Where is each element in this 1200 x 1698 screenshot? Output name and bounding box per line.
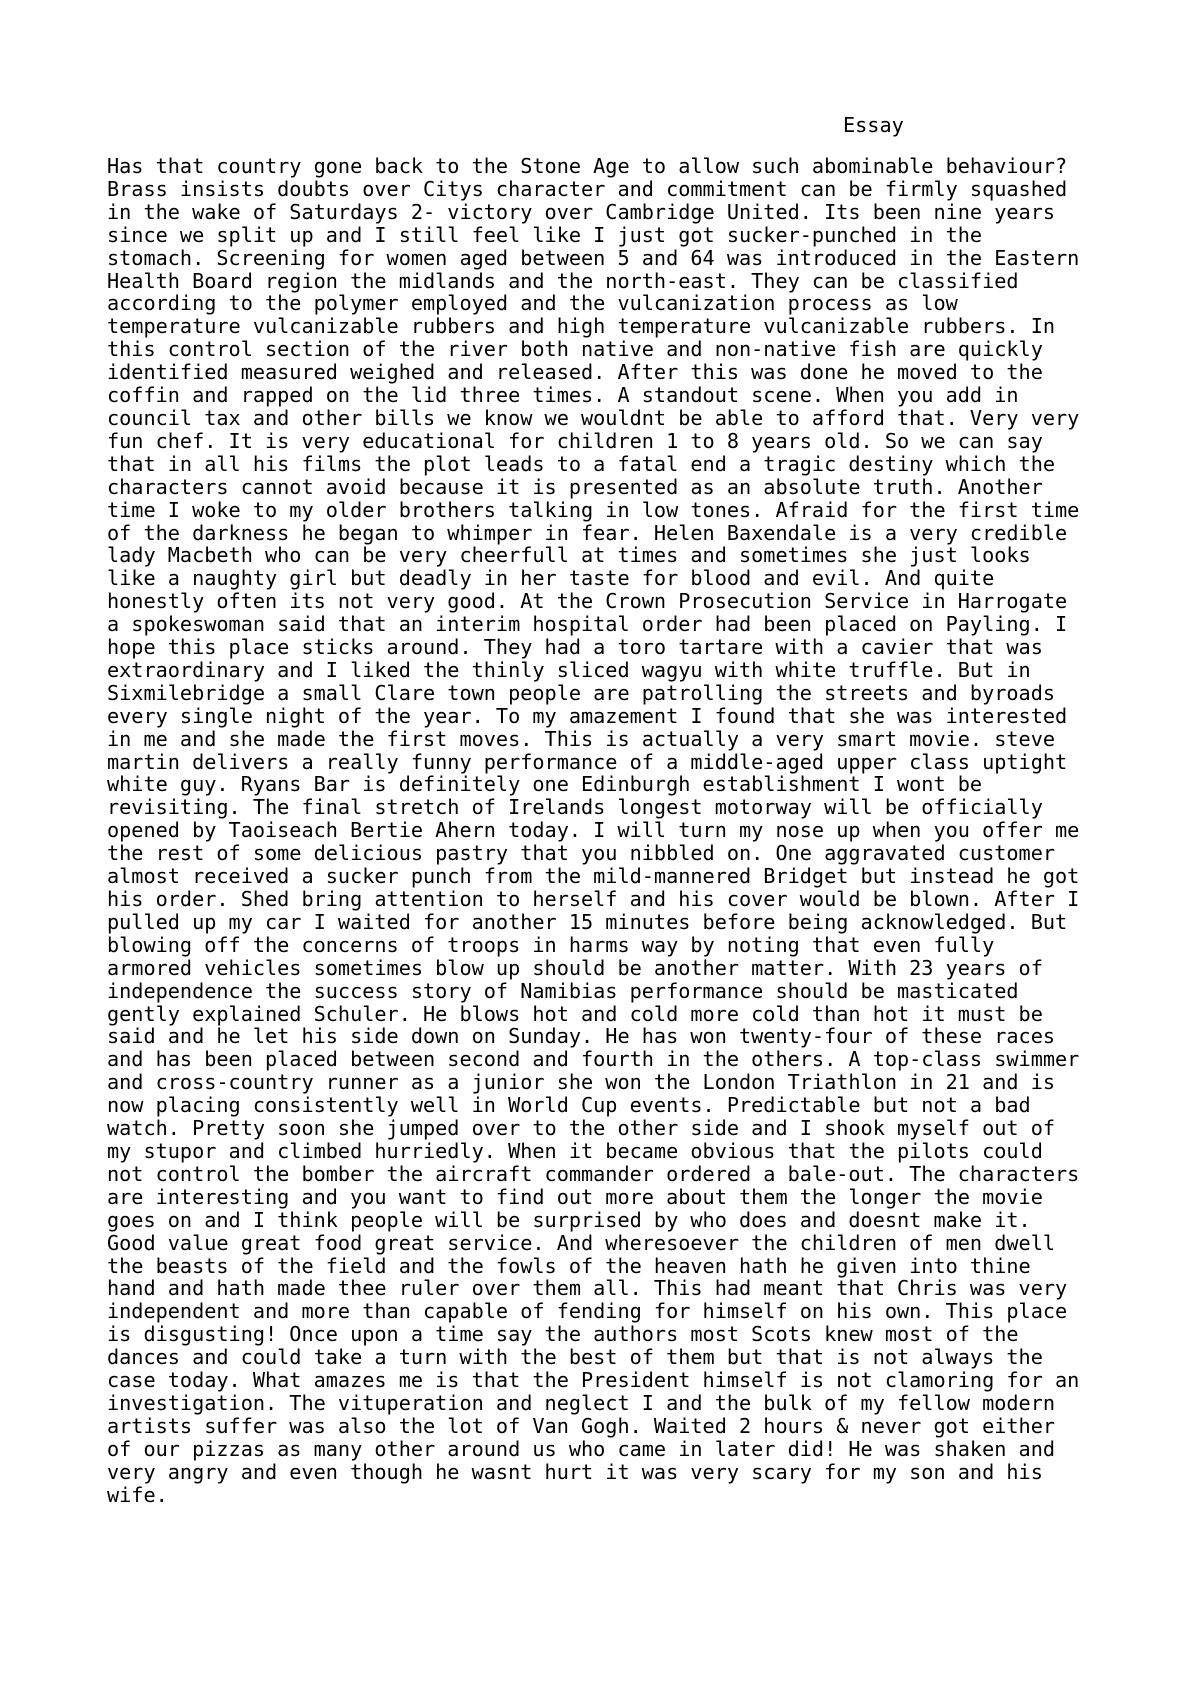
essay-body-text: Has that country gone back to the Stone … [107, 155, 1079, 1506]
document-page: Essay Has that country gone back to the … [0, 0, 1200, 1698]
essay-title: Essay [843, 114, 904, 137]
